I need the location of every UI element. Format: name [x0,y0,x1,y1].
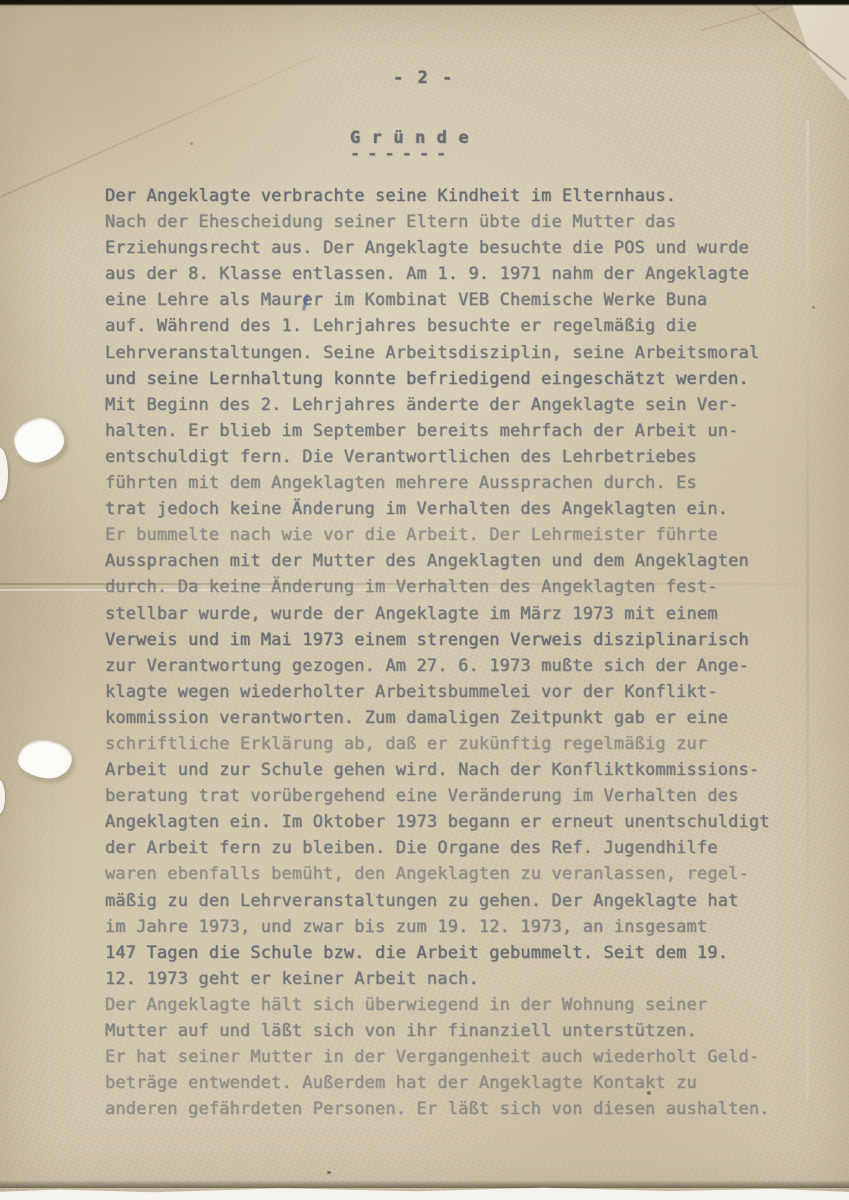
text-line: trat jedoch keine Änderung im Verhalten … [105,499,805,525]
text-line: Mutter auf und läßt sich von ihr finanzi… [105,1021,805,1047]
text-line: Nach der Ehescheidung seiner Eltern übte… [105,212,805,238]
body-text: Der Angeklagte verbrachte seine Kindheit… [105,186,805,1125]
text-line: Der Angeklagte verbrachte seine Kindheit… [105,186,805,212]
text-line: waren ebenfalls bemüht, den Angeklagten … [105,864,805,890]
text-line: 12. 1973 geht er keiner Arbeit nach. [105,969,805,995]
text-line: zur Verantwortung gezogen. Am 27. 6. 197… [105,656,805,682]
text-line: beratung trat vorübergehend eine Verände… [105,786,805,812]
text-line: 147 Tagen die Schule bzw. die Arbeit geb… [105,943,805,969]
edge-tear-lower [0,780,5,814]
paper-speck [812,306,815,309]
edge-tear-upper [0,448,8,500]
paper-speck [327,1171,331,1174]
text-line: entschuldigt fern. Die Verantwortlichen … [105,447,805,473]
text-line: Er bummelte nach wie vor die Arbeit. Der… [105,525,805,551]
text-line: durch. Da keine Änderung im Verhalten de… [105,577,805,603]
punch-hole-lower [16,737,74,780]
text-line: schriftliche Erklärung ab, daß er zukünf… [105,734,805,760]
text-line: Arbeit und zur Schule gehen wird. Nach d… [105,760,805,786]
text-line: beträge entwendet. Außerdem hat der Ange… [105,1073,805,1099]
paper-speck [647,1091,651,1095]
scan-bottom-shadow [0,1180,849,1188]
corner-fold-crease-secondary [700,5,787,31]
title-underline: ------ [350,144,453,164]
text-line: mäßig zu den Lehrveranstaltungen zu gehe… [105,891,805,917]
page-number: - 2 - [393,68,454,88]
text-line: kommission verantworten. Zum damaligen Z… [105,708,805,734]
text-line: stellbar wurde, wurde der Angeklagte im … [105,604,805,630]
text-line: der Arbeit fern zu bleiben. Die Organe d… [105,838,805,864]
text-line: Der Angeklagte hält sich überwiegend in … [105,995,805,1021]
scanned-document-page: - 2 - G r ü n d e ------ Der Angeklagte … [0,0,849,1200]
text-line: Erziehungsrecht aus. Der Angeklagte besu… [105,238,805,264]
vertical-crease [806,120,809,1100]
corner-fold [719,0,849,100]
text-line: Er hat seiner Mutter in der Vergangenhei… [105,1047,805,1073]
scan-top-edge [0,0,849,6]
text-line: führten mit dem Angeklagten mehrere Auss… [105,473,805,499]
text-line: und seine Lernhaltung konnte befriedigen… [105,369,805,395]
text-line: eine Lehre als Maurer im Kombinat VEB Ch… [105,290,805,316]
text-line: auf. Während des 1. Lehrjahres besuchte … [105,316,805,342]
text-line: Angeklagten ein. Im Oktober 1973 begann … [105,812,805,838]
text-line: aus der 8. Klasse entlassen. Am 1. 9. 19… [105,264,805,290]
text-line: Lehrveranstaltungen. Seine Arbeitsdiszip… [105,343,805,369]
diagonal-crease [0,56,316,198]
text-line: klagte wegen wiederholter Arbeitsbummele… [105,682,805,708]
text-line: Verweis und im Mai 1973 einem strengen V… [105,630,805,656]
punch-hole-upper [11,414,67,465]
text-line: im Jahre 1973, und zwar bis zum 19. 12. … [105,917,805,943]
paper-speck [190,142,193,145]
text-line: Mit Beginn des 2. Lehrjahres änderte der… [105,395,805,421]
text-line: halten. Er blieb im September bereits me… [105,421,805,447]
text-line: Aussprachen mit der Mutter des Angeklagt… [105,551,805,577]
text-line: anderen gefährdeten Personen. Er läßt si… [105,1099,805,1125]
